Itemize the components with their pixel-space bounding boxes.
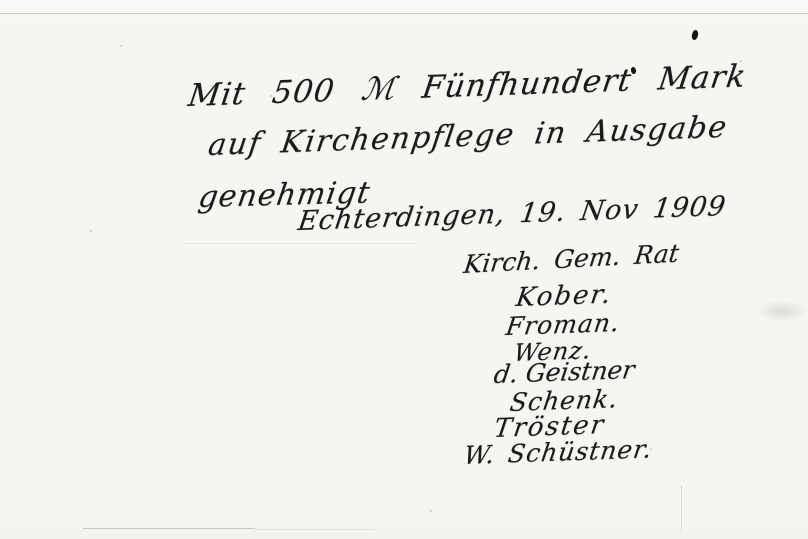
paper-right-edge-dotted: [681, 486, 682, 532]
ink-speck-icon: [691, 29, 699, 40]
paper-top-edge: [0, 13, 808, 14]
paper-bottom-edge-faint: [255, 529, 375, 530]
note-committee: Kirch. Gem. Rat: [462, 239, 681, 279]
scan-background: Mit 500 ℳ Fünfhundert Mark auf Kirchenpf…: [0, 0, 808, 539]
signature: W. Schüstner.: [462, 434, 654, 470]
scan-artifact-line: [185, 243, 415, 244]
paper-bottom-edge: [83, 528, 255, 529]
scan-smudge: [756, 300, 808, 322]
scan-noise-dot: [120, 45, 122, 47]
scanned-document-page: { "scan": { "paper_color": "#f5f5f2", "i…: [0, 0, 808, 539]
scan-noise-dot: [90, 230, 92, 232]
signature: Froman.: [504, 308, 622, 341]
note-line-amount: Mit 500 ℳ Fünfhundert Mark: [186, 58, 749, 114]
note-line-purpose: auf Kirchenpflege in Ausgabe: [206, 110, 730, 163]
scan-noise-dot: [430, 510, 432, 512]
